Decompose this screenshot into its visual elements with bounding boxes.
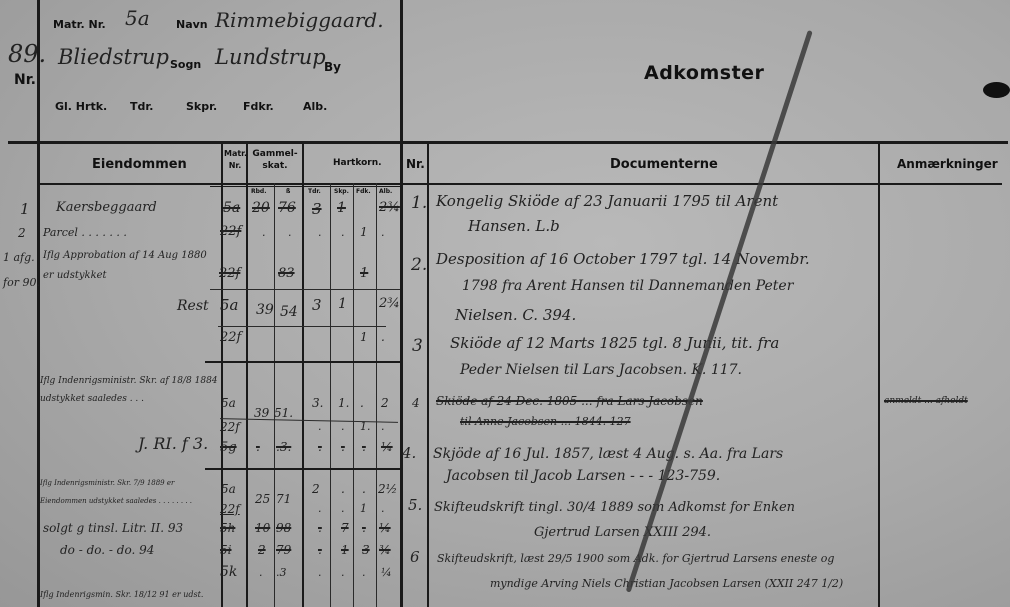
row-desc: Iflg Approbation af 14 Aug 1880 er udsty…	[43, 246, 213, 286]
header-fdk: Fdk.	[356, 188, 371, 195]
table-row: Iflg Approbation af 14 Aug 1880 er udsty…	[40, 246, 400, 286]
row-tdr: 2	[312, 482, 320, 496]
row-rbd: 20	[252, 200, 270, 216]
row-tdr: .	[318, 521, 322, 535]
row-sk: .3.	[276, 440, 291, 454]
row-alb: 2¾	[379, 200, 400, 215]
table-row: Iflg Indenrigsministr. Skr. af 18/8 1884…	[40, 372, 400, 412]
register-nr-label: Nr.	[14, 72, 36, 88]
row-desc: solgt g tinsl. Litr. II. 93	[43, 521, 183, 535]
row-tdr: .	[318, 543, 322, 557]
table-row: 5k . .3 . . . ¼	[40, 566, 400, 584]
row-fdk: 1.	[360, 420, 371, 433]
table-row: J. RI. f 3. 5g . .3. . . . ¼	[40, 440, 400, 460]
row-fdk: .	[362, 521, 366, 535]
doc-entry-nr: 1.	[411, 193, 427, 213]
row-rbd: .	[259, 566, 263, 579]
row-alb: ¼	[381, 440, 393, 454]
by-label: By	[324, 60, 341, 74]
row-rule	[218, 326, 386, 327]
doc-entry-nr: 4	[412, 396, 420, 410]
row-tdr: .	[318, 226, 322, 239]
row-matr: 5i	[220, 543, 231, 557]
row-sk: .3	[276, 566, 287, 579]
skpr-label: Skpr.	[186, 100, 217, 113]
row-skp: 1	[337, 200, 346, 216]
header-eiendommen: Eiendommen	[92, 157, 187, 172]
row-sk: 54	[280, 304, 298, 320]
row-alb: 2	[381, 396, 389, 410]
row-tdr: .	[318, 502, 322, 515]
sogn-label: Sogn	[170, 58, 201, 71]
row-fdk: 1	[360, 330, 368, 344]
matr-value: 5a	[125, 6, 150, 30]
doc-entry-line: 1798 fra Arent Hansen til Dannemanden Pe…	[462, 278, 793, 294]
row-fdk: 3	[362, 543, 370, 557]
table-row: 22f . . 1 .	[40, 502, 400, 520]
row-rbd: 39	[254, 406, 269, 420]
doc-entry-line: til Anne Jacobsen ... 1844. 127	[460, 415, 631, 428]
table-row: Iflg Indenrigsmin. Skr. 18/12 91 er udst…	[40, 590, 220, 606]
doc-entry-line: Gjertrud Larsen XXIII 294.	[534, 525, 711, 540]
col-rule-doc-nr	[427, 143, 429, 607]
row-fdk: .	[362, 566, 366, 579]
doc-entry-nr: 3	[412, 336, 423, 356]
row-alb: ¼	[379, 521, 391, 535]
town-value: Lundstrup	[215, 45, 326, 69]
row-matr: 5a	[223, 200, 240, 216]
row-rbd: .	[262, 226, 266, 239]
row-tdr: .	[318, 420, 322, 433]
row-matr: 5k	[220, 564, 237, 580]
row-alb: ¾	[379, 543, 391, 557]
tdr-label: Tdr.	[130, 100, 153, 113]
row-alb: 2¾	[379, 296, 400, 311]
header-rbd: Rbd.	[251, 188, 267, 195]
table-header-bottom-rule	[40, 183, 1002, 185]
row-skp: 1.	[338, 396, 349, 410]
doc-entry-note: anmeldt ... afholdt	[884, 396, 968, 406]
doc-entry-line: Jacobsen til Jacob Larsen - - - 123-759.	[446, 468, 720, 484]
row-tdr: .	[318, 566, 322, 579]
row-rbd: 2	[258, 543, 266, 557]
row-skp: 1	[338, 296, 347, 312]
header-doc-nr: Nr.	[406, 157, 425, 171]
doc-entry-nr: 4.	[402, 444, 416, 462]
row-tdr: 3	[312, 200, 322, 218]
header-matr-nr: Matr. Nr.	[224, 148, 246, 172]
row-skp: 1	[341, 543, 349, 557]
header-alb: Alb.	[379, 188, 392, 195]
table-row: Parcel . . . . . . . 22f . . . . 1 .	[40, 226, 400, 244]
row-desc: Rest	[177, 298, 209, 314]
doc-entry-line: Skifteudskrift tingl. 30/4 1889 som Adko…	[434, 500, 795, 515]
doc-entry-nr: 5.	[408, 496, 422, 514]
row-fdk: 1	[360, 225, 368, 239]
row-fdk: .	[362, 482, 366, 496]
fdkr-label: Fdkr.	[243, 100, 274, 113]
table-row: solgt g tinsl. Litr. II. 93 5h 10 98 . 7…	[40, 521, 400, 539]
margin-note: 1 afg.	[3, 251, 35, 264]
row-tdr: 3	[312, 296, 322, 314]
row-rbd: .	[256, 440, 260, 454]
row-skp: .	[341, 226, 345, 239]
navn-label: Navn	[176, 18, 208, 31]
row-alb: .	[381, 420, 385, 433]
doc-entry-line: Hansen. L.b	[468, 217, 560, 235]
header-skp: Skp.	[334, 188, 349, 195]
register-number: 89.	[8, 40, 46, 68]
row-rbd: 10	[255, 521, 270, 535]
row-desc: Parcel . . . . . . .	[43, 226, 127, 239]
section-title: Adkomster	[644, 62, 764, 84]
ledger-page: 89. Nr. Matr. Nr. 5a Navn Rimmebiggaard.…	[0, 0, 1010, 607]
row-matr: 22f	[220, 420, 240, 434]
row-skp: .	[341, 482, 345, 496]
section-rule	[205, 468, 400, 470]
row-matr: 22f	[219, 266, 240, 281]
doc-entry-line: Desposition af 16 October 1797 tgl. 14 N…	[436, 250, 810, 268]
col-rule-anmaerkninger	[878, 143, 880, 607]
doc-entry-line: Nielsen. C. 394.	[455, 306, 576, 324]
row-tdr: 3.	[312, 396, 323, 410]
row-desc: J. RI. f 3.	[138, 434, 208, 453]
row-matr: 22f	[220, 502, 240, 516]
row-sk: 51.	[274, 406, 293, 420]
matr-label: Matr. Nr.	[53, 18, 106, 31]
row-sk: 83	[278, 266, 295, 281]
row-fdk: .	[362, 440, 366, 454]
center-divider	[400, 0, 403, 607]
gl-hrtk-label: Gl. Hrtk.	[55, 100, 107, 113]
row-matr: 5a	[220, 296, 239, 314]
row-skp: 7	[341, 521, 349, 535]
row-matr: 5h	[220, 521, 235, 535]
doc-entry-line: Skiöde af 24 Dec. 1805 ... fra Lars Jaco…	[436, 394, 703, 408]
row-matr: 5a	[221, 482, 236, 496]
margin-note: 1	[20, 200, 30, 218]
parish-value: Bliedstrup	[58, 45, 169, 69]
navn-value: Rimmebiggaard.	[215, 8, 384, 32]
row-matr: 22f	[220, 330, 241, 345]
row-rbd: 39	[256, 302, 274, 318]
row-sk: .	[288, 226, 292, 239]
table-row: do - do. - do. 94 5i 2 79 . 1 3 ¾	[40, 543, 400, 561]
table-row: Rest 5a 39 54 3 1 2¾	[40, 298, 400, 320]
row-desc: do - do. - do. 94	[60, 543, 154, 557]
ink-blot	[983, 82, 1010, 98]
row-matr: 22f	[220, 224, 241, 239]
table-row: 22f 1 .	[40, 330, 400, 350]
header-tdr: Tdr.	[308, 188, 321, 195]
table-row: Kaersbeggaard 5a 20 76 3 1 2¾	[40, 200, 400, 220]
row-fdk: 1	[360, 502, 367, 515]
row-desc: Iflg Indenrigsministr. Skr. af 18/8 1884…	[40, 372, 225, 408]
doc-entry-line: Skjöde af 16 Jul. 1857, læst 4 Aug. s. A…	[433, 446, 783, 462]
header-anmaerkninger: Anmærkninger	[897, 157, 998, 171]
doc-entry-line: Skiöde af 12 Marts 1825 tgl. 8 Junii, ti…	[450, 334, 779, 352]
row-fdk: .	[360, 396, 364, 410]
row-skp: .	[341, 566, 345, 579]
row-alb: 2½	[378, 482, 397, 496]
row-sk: 79	[276, 543, 291, 557]
row-alb: .	[381, 502, 385, 515]
row-rule	[210, 289, 400, 290]
row-desc: Iflg Indenrigsmin. Skr. 18/12 91 er udst…	[40, 590, 203, 599]
section-rule	[205, 361, 400, 363]
row-desc: Kaersbeggaard	[56, 200, 157, 215]
row-skp: .	[341, 420, 345, 433]
row-tdr: .	[318, 440, 322, 454]
row-alb: .	[381, 226, 385, 239]
row-fdk: 1	[360, 266, 368, 281]
header-gammelskat: Gammel- skat.	[252, 148, 298, 172]
row-sk: 76	[278, 200, 296, 216]
row-alb: .	[381, 330, 385, 344]
doc-entry-nr: 2.	[411, 255, 427, 275]
table-row: 22f . . 1. .	[40, 420, 400, 438]
header-sk: ß	[286, 188, 290, 195]
row-sk: 98	[276, 521, 291, 535]
row-skp: .	[341, 502, 345, 515]
row-skp: .	[341, 440, 345, 454]
margin-note: for 90.	[3, 276, 40, 289]
header-documenterne: Documenterne	[610, 157, 718, 172]
doc-entry-nr: 6	[410, 548, 420, 566]
row-matr: 5g	[220, 440, 237, 455]
alb-label: Alb.	[303, 100, 327, 113]
doc-entry-line: Kongelig Skiöde af 23 Januarii 1795 til …	[436, 192, 778, 210]
table-top-rule	[8, 141, 1008, 144]
header-hartkorn: Hartkorn.	[333, 158, 382, 168]
row-alb: ¼	[381, 566, 392, 579]
subheader-rule	[210, 186, 400, 187]
doc-entry-line: myndige Arving Niels Christian Jacobsen …	[490, 577, 843, 590]
margin-note: 2	[18, 226, 26, 240]
row-matr: 5a	[221, 396, 236, 410]
